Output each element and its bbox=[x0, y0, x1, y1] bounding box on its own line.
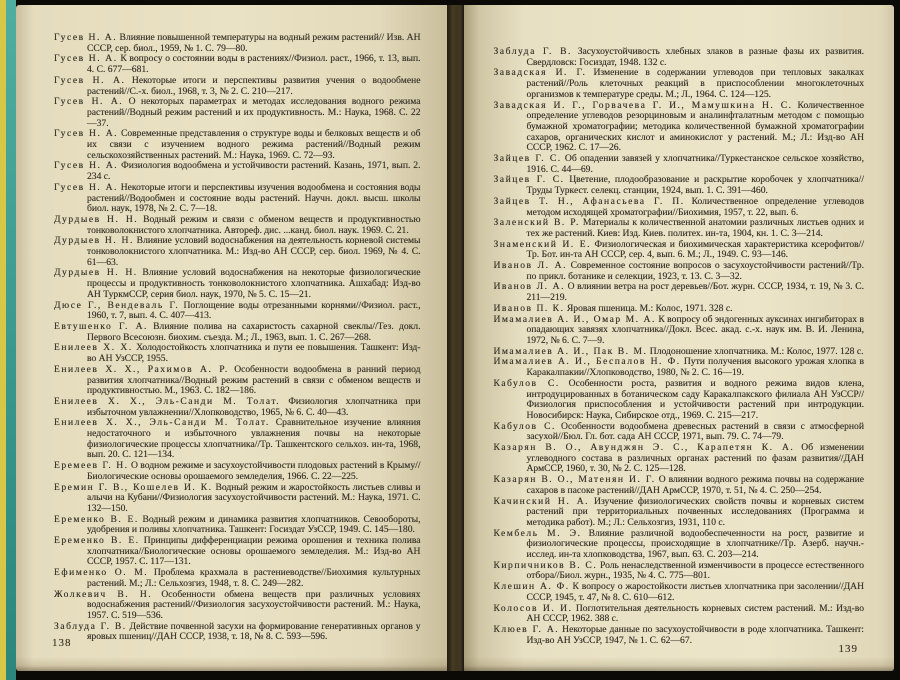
entry-author: Казарян В. О., Авунджян Э. С., Карапетян… bbox=[494, 442, 795, 453]
entry-author: Качинский Н. А. bbox=[494, 496, 590, 507]
entry-author: Кабулов С. bbox=[494, 421, 556, 432]
entry-author: Гусев Н. А. bbox=[54, 96, 123, 107]
bibliography-entry: Завадская И. Г. Изменение в содержании у… bbox=[494, 68, 865, 100]
bibliography-entry: Иванов Л. А. О влиянии ветра на рост дер… bbox=[494, 282, 865, 303]
entry-author: Дурдыев Н. Н. bbox=[54, 267, 138, 278]
bibliography-entry: Зайцев Т. Н., Афанасьева Г. П. Количеств… bbox=[494, 197, 865, 218]
entry-author: Енилеев Х. Х., Эль-Санди М. Толат. bbox=[54, 396, 280, 407]
page-number-left: 138 bbox=[52, 638, 72, 649]
bibliography-entry: Евтушенко Г. А. Влияние полива на сахари… bbox=[54, 322, 421, 343]
bibliography-entry: Знаменский И. Е. Физиологическая и биохи… bbox=[494, 240, 865, 261]
entry-author: Кабулов С. bbox=[494, 378, 560, 389]
entry-author: Зайцев Г. С. bbox=[494, 174, 565, 185]
entry-text: Особенности роста, развития и водного ре… bbox=[527, 378, 865, 421]
entry-author: Евтушенко Г. А. bbox=[54, 321, 148, 332]
bibliography-entry: Гусев Н. А. Некоторые итоги и перспектив… bbox=[54, 76, 421, 97]
bibliography-entry: Кембель М. Э. Влияние различной водообес… bbox=[494, 529, 865, 561]
bibliography-entry: Колосов И. И. Поглотительная деятельност… bbox=[494, 604, 865, 625]
entry-author: Клюев Г. А. bbox=[494, 624, 560, 635]
entry-author: Заблуда Г. В. bbox=[54, 621, 127, 632]
entry-text: Плодоношение хлопчатника. М.: Колос, 197… bbox=[650, 346, 864, 357]
entry-author: Имамалиев А. И., Омар М. А. bbox=[494, 314, 656, 325]
entry-author: Заленский В. Р. bbox=[494, 217, 580, 228]
bibliography-entry: Кабулов С. Особенности роста, развития и… bbox=[494, 379, 865, 422]
bibliography-entry: Енилеев Х. Х., Эль-Санди М. Толат. Физио… bbox=[54, 397, 421, 418]
entry-text: Современное состояние вопросов о засухоу… bbox=[527, 260, 864, 282]
entry-author: Завадская И. Г., Горвачева Г. И., Мамушк… bbox=[494, 100, 793, 111]
bibliography-entry: Гусев Н. А. К вопросу о состоянии воды в… bbox=[54, 54, 421, 75]
bibliography-entry: Кирпичников В. С. Роль ненаследственной … bbox=[494, 561, 865, 582]
entry-author: Знаменский И. Е. bbox=[494, 239, 592, 250]
bibliography-entry: Имамалиев А. И., Омар М. А. К вопросу об… bbox=[494, 315, 865, 347]
entry-author: Клешин А. Ф. bbox=[494, 581, 570, 592]
entry-text: Современные представления о структуре во… bbox=[87, 128, 421, 160]
entry-text: Физиология водообмена и устойчивости рас… bbox=[87, 160, 421, 182]
entry-author: Гусев Н. А. bbox=[54, 53, 118, 64]
entry-author: Еремин Г. В., Кошелев И. К. bbox=[54, 482, 213, 493]
bibliography-entry: Заблуда Г. В. Засухоустойчивость хлебных… bbox=[494, 47, 865, 68]
entry-author: Гусев Н. А. bbox=[54, 32, 117, 43]
bibliography-entry: Енилеев Х. Х., Эль-Санди М. Толат. Сравн… bbox=[54, 418, 421, 461]
bibliography-list-right: Заблуда Г. В. Засухоустойчивость хлебных… bbox=[464, 5, 895, 646]
entry-author: Имамалиев А. И., Беспалов Н. Ф. bbox=[494, 356, 681, 367]
book-gutter bbox=[447, 5, 464, 671]
bibliography-entry: Жолкевич В. Н. Особенности обмена вещест… bbox=[54, 590, 421, 622]
bibliography-entry: Качинский Н. А. Изучение физиологических… bbox=[494, 497, 865, 529]
bibliography-entry: Дурдыев Н. Н. Влияние условий водоснабже… bbox=[54, 236, 421, 268]
bibliography-entry: Гусев Н. А. Некоторые итоги и перспектив… bbox=[54, 183, 421, 215]
bibliography-entry: Заленский В. Р. Материалы к количественн… bbox=[494, 218, 865, 239]
entry-text: К вопросу о состоянии воды в растениях//… bbox=[87, 53, 421, 75]
bibliography-entry: Гусев Н. А. О некоторых параметрах и мет… bbox=[54, 97, 421, 129]
entry-text: Особенности водообмена древесных растени… bbox=[527, 421, 865, 443]
bibliography-entry: Гусев Н. А. Физиология водообмена и усто… bbox=[54, 161, 421, 182]
entry-author: Кембель М. Э. bbox=[494, 528, 582, 539]
entry-author: Еременко В. Е. bbox=[54, 535, 140, 546]
entry-text: Некоторые итоги и перспективы развития у… bbox=[87, 75, 421, 97]
bibliography-entry: Казарян В. О., Авунджян Э. С., Карапетян… bbox=[494, 443, 865, 475]
page-number-right: 139 bbox=[839, 644, 859, 655]
entry-author: Казарян В. О., Матенян И. Г. bbox=[494, 474, 656, 485]
bibliography-entry: Кабулов С. Особенности водообмена древес… bbox=[494, 422, 865, 443]
entry-author: Имамалиев А. И., Пак В. М. bbox=[494, 346, 648, 357]
entry-text: Некоторые данные по засухоустойчивости в… bbox=[527, 624, 864, 646]
left-page: Гусев Н. А. Влияние повышенной температу… bbox=[16, 5, 447, 671]
entry-author: Зайцев Т. Н., Афанасьева Г. П. bbox=[494, 196, 685, 207]
bibliography-entry: Заблуда Г. В. Действие почвенной засухи … bbox=[54, 622, 421, 643]
entry-author: Колосов И. И. bbox=[494, 603, 573, 614]
book-cover-edge-teal bbox=[6, 0, 16, 680]
bibliography-entry: Еремеев Г. Н. О водном режиме и засухоус… bbox=[54, 461, 421, 482]
entry-text: Влияние условий водоснабжения на деятель… bbox=[87, 235, 421, 267]
entry-text: Холодостойкость хлопчатника и пути ее по… bbox=[87, 342, 421, 364]
entry-text: Водный режим и связи с обменом веществ и… bbox=[87, 214, 421, 236]
bibliography-entry: Еремин Г. В., Кошелев И. К. Водный режим… bbox=[54, 483, 421, 515]
entry-author: Жолкевич В. Н. bbox=[54, 589, 152, 600]
bibliography-entry: Завадская И. Г., Горвачева Г. И., Мамушк… bbox=[494, 101, 865, 155]
entry-text: О некоторых параметрах и методах исследо… bbox=[87, 96, 421, 128]
open-book-spread: Гусев Н. А. Влияние повышенной температу… bbox=[16, 5, 894, 671]
entry-text: О влиянии ветра на рост деревьев//Бот. ж… bbox=[527, 281, 865, 303]
entry-text: Некоторые итоги и перспективы изучения в… bbox=[87, 182, 421, 214]
bibliography-entry: Клюев Г. А. Некоторые данные по засухоус… bbox=[494, 625, 865, 646]
entry-author: Завадская И. Г. bbox=[494, 67, 587, 78]
bibliography-entry: Казарян В. О., Матенян И. Г. О влиянии в… bbox=[494, 475, 865, 496]
bibliography-entry: Зайцев Г. С. Об опадении завязей у хлопч… bbox=[494, 154, 865, 175]
entry-author: Енилеев Х. Х. bbox=[54, 342, 133, 353]
entry-text: О водном режиме и засухоустойчивости пло… bbox=[87, 460, 421, 482]
entry-author: Зайцев Г. С. bbox=[494, 153, 562, 164]
bibliography-entry: Ефименко О. М. Проблема крахмала в расте… bbox=[54, 568, 421, 589]
entry-author: Дурдыев Н. Н. bbox=[54, 235, 134, 246]
entry-text: Засухоустойчивость хлебных злаков в разн… bbox=[527, 46, 865, 68]
entry-text: Влияние повышенной температуры на водный… bbox=[87, 32, 421, 54]
bibliography-entry: Дурдыев Н. Н. Влияние условий водоснабже… bbox=[54, 268, 421, 300]
entry-author: Еременко В. Е. bbox=[54, 514, 139, 525]
bibliography-entry: Енилеев Х. Х. Холодостойкость хлопчатник… bbox=[54, 343, 421, 364]
bibliography-entry: Зайцев Г. С. Цветение, плодообразование … bbox=[494, 175, 865, 196]
entry-text: Влияние условий водоснабжения на некотор… bbox=[87, 267, 421, 299]
entry-author: Гусев Н. А. bbox=[54, 160, 118, 171]
entry-author: Дурдыев Н. Н. bbox=[54, 214, 138, 225]
entry-text: К вопросу о жаростойкости листьев хлопча… bbox=[527, 581, 865, 603]
entry-author: Дюсе Г., Вендеваль Г. bbox=[54, 300, 179, 311]
bibliography-entry: Имамалиев А. И., Беспалов Н. Ф. Пути пол… bbox=[494, 357, 865, 378]
bibliography-entry: Еременко В. Е. Водный режим и динамика р… bbox=[54, 515, 421, 536]
right-page: Заблуда Г. В. Засухоустойчивость хлебных… bbox=[464, 5, 895, 671]
entry-text: Об опадении завязей у хлопчатника//Турке… bbox=[527, 153, 865, 175]
entry-author: Гусев Н. А. bbox=[54, 128, 118, 139]
bibliography-entry: Иванов Л. А. Современное состояние вопро… bbox=[494, 261, 865, 282]
bibliography-list-left: Гусев Н. А. Влияние повышенной температу… bbox=[16, 5, 447, 643]
entry-text: Цветение, плодообразование и раскрытие к… bbox=[527, 174, 865, 196]
entry-author: Гусев Н. А. bbox=[54, 182, 118, 193]
entry-author: Гусев Н. А. bbox=[54, 75, 125, 86]
entry-text: Действие почвенной засухи на формировани… bbox=[87, 621, 421, 643]
entry-author: Енилеев Х. Х., Рахимов А. Р. bbox=[54, 364, 229, 375]
entry-text: Поглотительная деятельность корневых сис… bbox=[527, 603, 865, 625]
bibliography-entry: Дурдыев Н. Н. Водный режим и связи с обм… bbox=[54, 215, 421, 236]
entry-author: Иванов Л. А. bbox=[494, 260, 567, 271]
bibliography-entry: Гусев Н. А. Влияние повышенной температу… bbox=[54, 33, 421, 54]
entry-author: Еремеев Г. Н. bbox=[54, 460, 129, 471]
entry-author: Ефименко О. М. bbox=[54, 567, 148, 578]
entry-author: Иванов Л. А. bbox=[494, 281, 566, 292]
entry-author: Енилеев Х. Х., Эль-Санди М. Толат. bbox=[54, 417, 270, 428]
bibliography-entry: Дюсе Г., Вендеваль Г. Поглощение воды от… bbox=[54, 301, 421, 322]
bibliography-entry: Еременко В. Е. Принципы дифференциации р… bbox=[54, 536, 421, 568]
entry-text: Яровая пшеница. М.: Колос, 1971. 328 с. bbox=[567, 303, 733, 314]
bibliography-entry: Енилеев Х. Х., Рахимов А. Р. Особенности… bbox=[54, 365, 421, 397]
book-photo: Гусев Н. А. Влияние повышенной температу… bbox=[0, 0, 900, 680]
bibliography-entry: Клешин А. Ф. К вопросу о жаростойкости л… bbox=[494, 582, 865, 603]
entry-author: Иванов П. К. bbox=[494, 303, 565, 314]
entry-author: Заблуда Г. В. bbox=[494, 46, 572, 57]
bibliography-entry: Гусев Н. А. Современные представления о … bbox=[54, 129, 421, 161]
